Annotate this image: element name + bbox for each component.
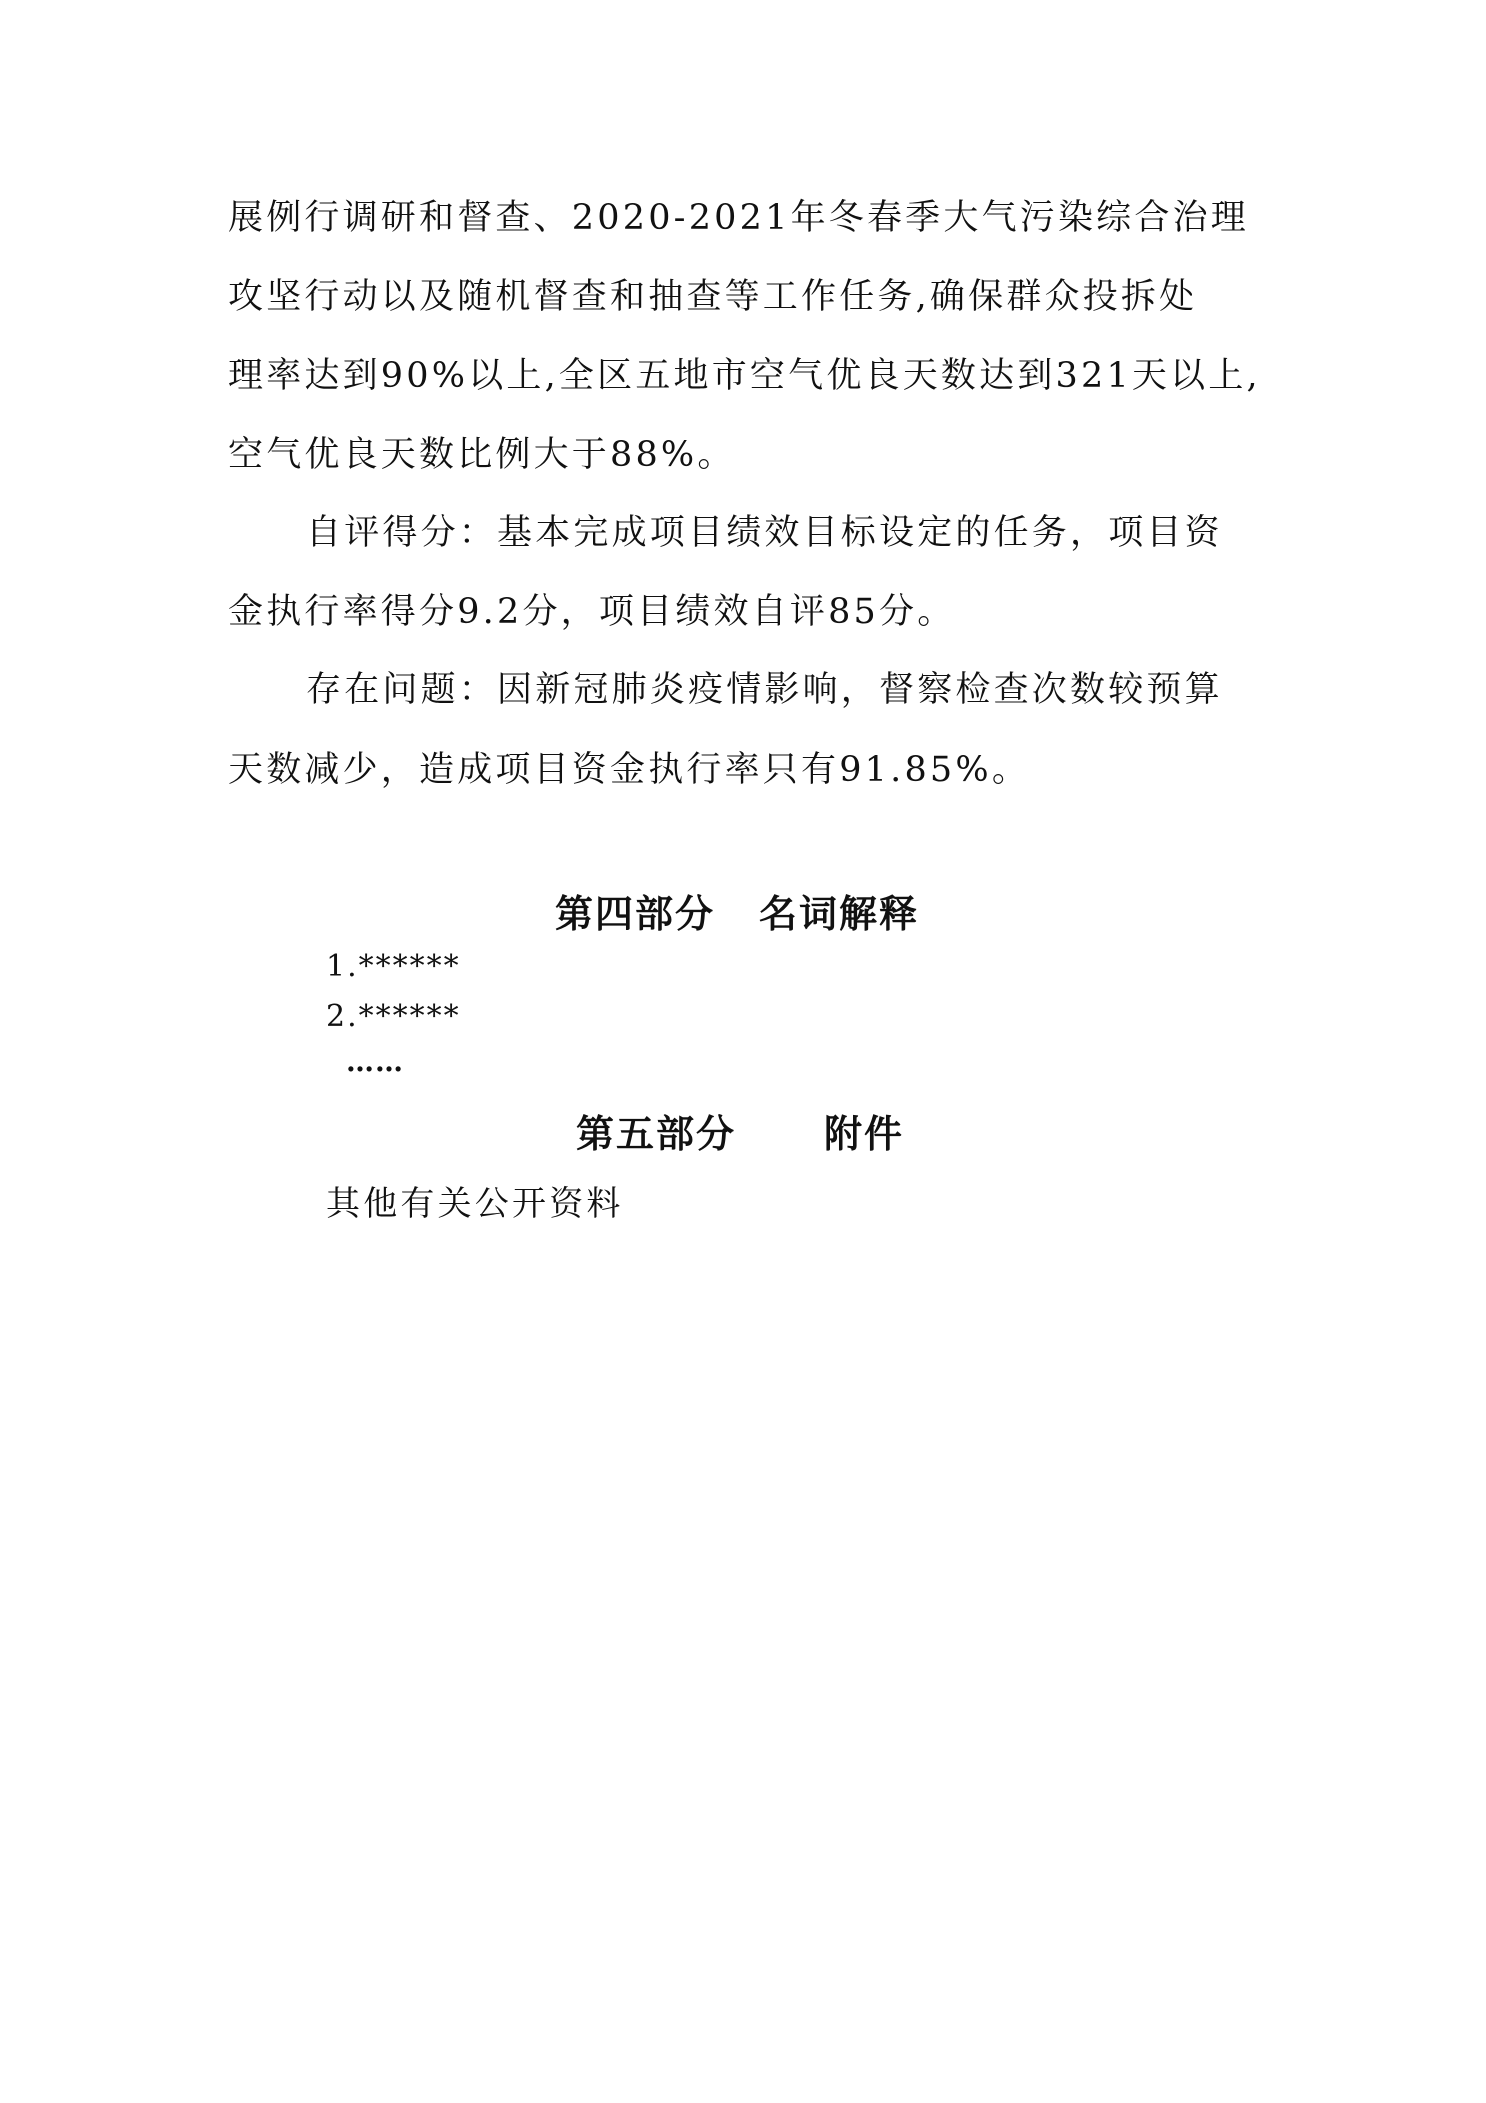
section-heading-part-five: 第五部分附件 bbox=[576, 1110, 904, 1158]
glossary-item: 2.****** bbox=[326, 999, 461, 1035]
paragraph-line: 攻坚行动以及随机督查和抽查等工作任务,确保群众投拆处 bbox=[228, 275, 1197, 319]
section-heading-number: 第四部分 bbox=[555, 892, 715, 936]
section-heading-number: 第五部分 bbox=[576, 1112, 736, 1156]
attachment-text: 其他有关公开资料 bbox=[326, 1182, 624, 1226]
self-evaluation-line: 金执行率得分9.2分，项目绩效自评85分。 bbox=[228, 590, 955, 634]
document-page: 展例行调研和督查、2020-2021年冬春季大气污染综合治理 攻坚行动以及随机督… bbox=[0, 0, 1486, 2103]
section-heading-part-four: 第四部分名词解释 bbox=[555, 890, 919, 938]
paragraph-line: 空气优良天数比例大于88%。 bbox=[228, 433, 736, 477]
glossary-item: 1.****** bbox=[326, 949, 461, 985]
paragraph-line: 理率达到90%以上,全区五地市空气优良天数达到321天以上, bbox=[228, 354, 1261, 398]
glossary-ellipsis: …… bbox=[346, 1047, 404, 1077]
issues-line: 存在问题：因新冠肺炎疫情影响，督察检查次数较预算 bbox=[306, 668, 1223, 712]
section-heading-title: 名词解释 bbox=[759, 892, 919, 936]
paragraph-line: 展例行调研和督查、2020-2021年冬春季大气污染综合治理 bbox=[228, 196, 1249, 240]
self-evaluation-line: 自评得分：基本完成项目绩效目标设定的任务，项目资 bbox=[306, 511, 1223, 555]
issues-line: 天数减少，造成项目资金执行率只有91.85%。 bbox=[228, 748, 1030, 792]
section-heading-title: 附件 bbox=[824, 1112, 904, 1156]
